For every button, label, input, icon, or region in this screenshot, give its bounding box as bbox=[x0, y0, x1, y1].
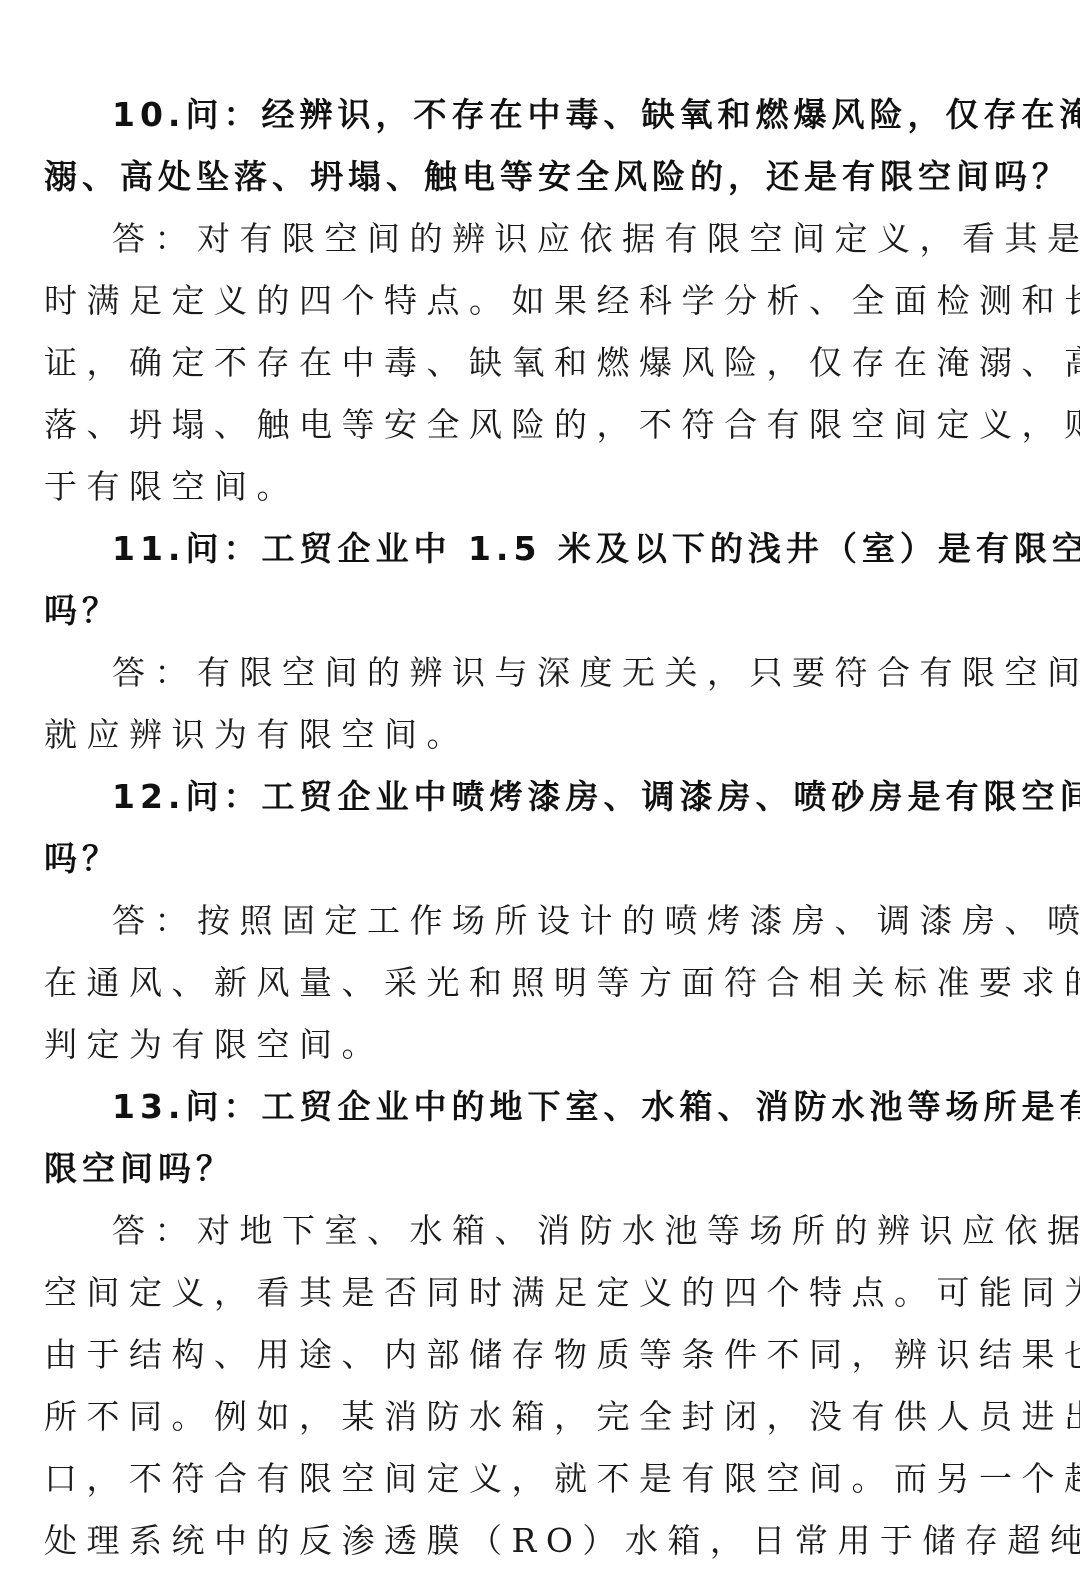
answer-line: 空间定义，看其是否同时满足定义的四个特点。可能同为水箱， bbox=[44, 1262, 1004, 1324]
answer-12: 答：按照固定工作场所设计的喷烤漆房、调漆房、喷砂间， 在通风、新风量、采光和照明… bbox=[44, 890, 1004, 1076]
question-13: 13.问：工贸企业中的地下室、水箱、消防水池等场所是有 限空间吗？ bbox=[44, 1076, 1004, 1200]
answer-line: 于有限空间。 bbox=[44, 456, 1004, 518]
question-line: 溺、高处坠落、坍塌、触电等安全风险的，还是有限空间吗？ bbox=[44, 146, 1004, 208]
answer-line: 答：按照固定工作场所设计的喷烤漆房、调漆房、喷砂间， bbox=[44, 890, 1004, 952]
question-line: 11.问：工贸企业中 1.5 米及以下的浅井（室）是有限空间 bbox=[44, 518, 1004, 580]
question-12: 12.问：工贸企业中喷烤漆房、调漆房、喷砂房是有限空间 吗？ bbox=[44, 766, 1004, 890]
question-line: 13.问：工贸企业中的地下室、水箱、消防水池等场所是有 bbox=[44, 1076, 1004, 1138]
answer-line: 答：有限空间的辨识与深度无关，只要符合有限空间定义， bbox=[44, 642, 1004, 704]
answer-line: 就应辨识为有限空间。 bbox=[44, 704, 1004, 766]
answer-10: 答：对有限空间的辨识应依据有限空间定义，看其是否同 时满足定义的四个特点。如果经… bbox=[44, 208, 1004, 518]
answer-line: 答：对地下室、水箱、消防水池等场所的辨识应依据有限 bbox=[44, 1200, 1004, 1262]
document-page: 10.问：经辨识，不存在中毒、缺氧和燃爆风险，仅存在淹 溺、高处坠落、坍塌、触电… bbox=[44, 84, 1004, 1572]
question-line: 10.问：经辨识，不存在中毒、缺氧和燃爆风险，仅存在淹 bbox=[44, 84, 1004, 146]
answer-13: 答：对地下室、水箱、消防水池等场所的辨识应依据有限 空间定义，看其是否同时满足定… bbox=[44, 1200, 1004, 1572]
answer-line: 口，不符合有限空间定义，就不是有限空间。而另一个超纯水 bbox=[44, 1448, 1004, 1510]
answer-11: 答：有限空间的辨识与深度无关，只要符合有限空间定义， 就应辨识为有限空间。 bbox=[44, 642, 1004, 766]
answer-line: 判定为有限空间。 bbox=[44, 1014, 1004, 1076]
answer-line: 证，确定不存在中毒、缺氧和燃爆风险，仅存在淹溺、高处坠 bbox=[44, 332, 1004, 394]
question-11: 11.问：工贸企业中 1.5 米及以下的浅井（室）是有限空间 吗？ bbox=[44, 518, 1004, 642]
answer-line: 落、坍塌、触电等安全风险的，不符合有限空间定义，则不属 bbox=[44, 394, 1004, 456]
answer-line: 由于结构、用途、内部储存物质等条件不同，辨识结果也会有 bbox=[44, 1324, 1004, 1386]
question-line: 吗？ bbox=[44, 828, 1004, 890]
question-line: 12.问：工贸企业中喷烤漆房、调漆房、喷砂房是有限空间 bbox=[44, 766, 1004, 828]
question-10: 10.问：经辨识，不存在中毒、缺氧和燃爆风险，仅存在淹 溺、高处坠落、坍塌、触电… bbox=[44, 84, 1004, 208]
answer-line: 在通风、新风量、采光和照明等方面符合相关标准要求的，不 bbox=[44, 952, 1004, 1014]
question-line: 吗？ bbox=[44, 580, 1004, 642]
answer-line: 所不同。例如，某消防水箱，完全封闭，没有供人员进出的开 bbox=[44, 1386, 1004, 1448]
answer-line: 处理系统中的反渗透膜（RO）水箱，日常用于储存超纯水，设 bbox=[44, 1510, 1004, 1572]
answer-line: 答：对有限空间的辨识应依据有限空间定义，看其是否同 bbox=[44, 208, 1004, 270]
question-line: 限空间吗？ bbox=[44, 1138, 1004, 1200]
answer-line: 时满足定义的四个特点。如果经科学分析、全面检测和长期验 bbox=[44, 270, 1004, 332]
